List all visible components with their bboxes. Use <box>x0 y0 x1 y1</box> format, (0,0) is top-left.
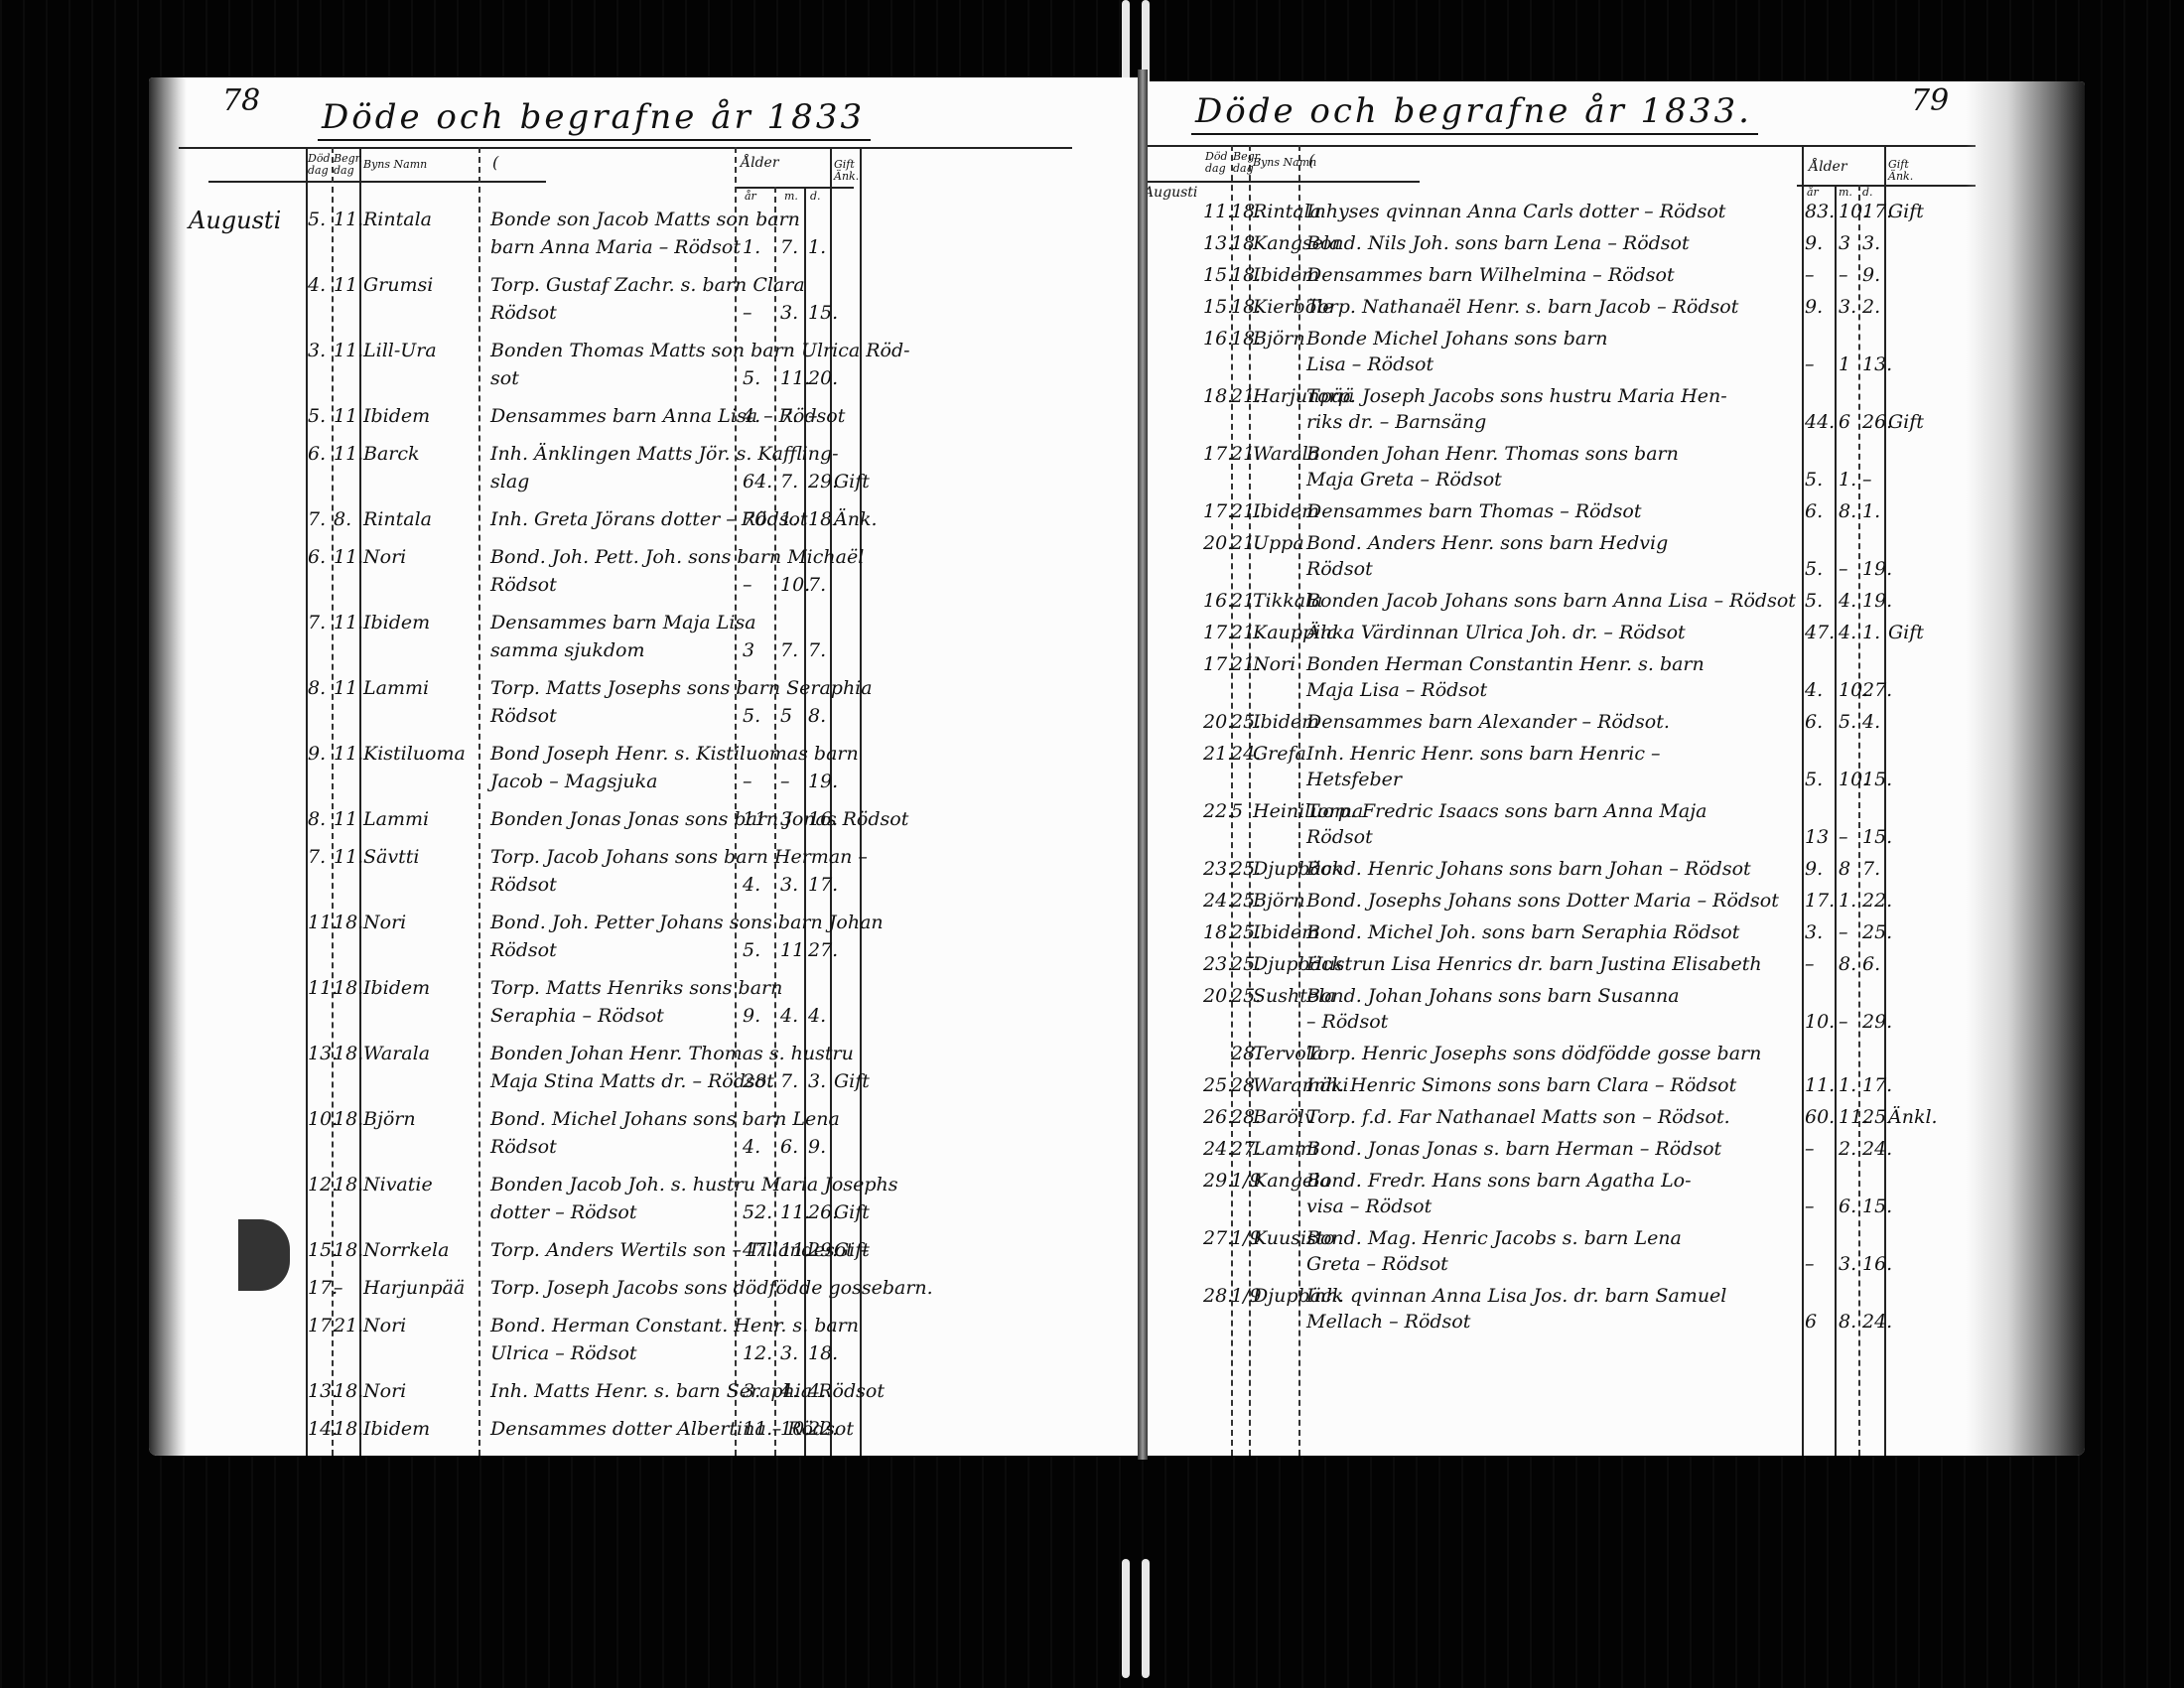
age-years: 6. <box>1805 711 1823 733</box>
death-day: 20. <box>1203 711 1233 733</box>
age-years: 5. <box>1805 558 1823 580</box>
age-days: 8. <box>808 705 826 727</box>
death-day: 7. <box>308 508 326 530</box>
age-months: 3 <box>780 808 792 830</box>
age-months: 8 <box>1839 858 1850 880</box>
burial-day: 11. <box>334 612 363 633</box>
village-name: Lammi <box>363 808 429 830</box>
village-name: Lammi <box>363 677 429 699</box>
header-death-day: Död dag <box>308 153 332 177</box>
age-months: 8. <box>1839 1311 1856 1333</box>
age-years: 10. <box>1805 1011 1835 1033</box>
death-day: 8. <box>308 677 326 699</box>
civil-status: Gift <box>1888 411 1924 433</box>
age-years: – <box>1805 1253 1815 1275</box>
village-name: Björn <box>1253 328 1305 350</box>
age-months: 7. <box>780 405 798 427</box>
village-name: Lill-Ura <box>363 340 437 361</box>
civil-status: Gift <box>834 1239 870 1261</box>
age-days: 19. <box>1862 558 1892 580</box>
entry-description-continued: Rödsot <box>1306 826 1373 848</box>
burial-day: 18. <box>334 977 363 999</box>
age-months: 11. <box>780 1239 810 1261</box>
age-months: 7. <box>780 639 798 661</box>
age-header-rule <box>735 187 854 189</box>
civil-status: Änkl. <box>1888 1106 1938 1128</box>
age-years: 17. <box>1805 890 1835 912</box>
header-age: Ålder <box>741 157 779 169</box>
entry-description: Bonden Jacob Johans sons barn Anna Lisa … <box>1306 590 1796 612</box>
burial-day: 18. <box>334 1108 363 1130</box>
entry-description: Torp. Gustaf Zachr. s. barn Clara <box>490 274 805 296</box>
header-village: Byns Namn <box>1253 157 1316 169</box>
register-entry: 6.11.BarckInh. Änklingen Matts Jör. s. K… <box>149 443 903 498</box>
civil-status: Gift <box>834 471 870 492</box>
register-entry: 4.11GrumsiTorp. Gustaf Zachr. s. barn Cl… <box>149 274 903 330</box>
register-entry: 11.18.RintalaInhyses qvinnan Anna Carls … <box>1142 201 1976 226</box>
entry-description-continued: Jacob – Magsjuka <box>490 771 657 792</box>
entry-description-continued: Rödsot <box>490 302 557 324</box>
register-entry: 24.25.BjörnBond. Josephs Johans sons Dot… <box>1142 890 1976 915</box>
civil-status: Gift <box>1888 201 1924 222</box>
village-name: Sävtti <box>363 846 419 868</box>
entry-description: Bond. Jonas Jonas s. barn Herman – Rödso… <box>1306 1138 1721 1160</box>
register-entry: 22.5HeiniluomaTorp. Fredric Isaacs sons … <box>1142 800 1976 852</box>
entry-description: Bonde Michel Johans sons barn <box>1306 328 1608 350</box>
burial-day: 18. <box>334 1380 363 1402</box>
age-months: 3. <box>1839 296 1856 318</box>
entry-description: Inh. Änklingen Matts Jör. s. Kaffling- <box>490 443 839 465</box>
age-months: 6 <box>1839 411 1850 433</box>
header-description: ( <box>492 157 498 169</box>
age-years: – <box>743 302 752 324</box>
age-months: 1. <box>780 508 798 530</box>
village-name: Nori <box>363 546 406 568</box>
age-years: 4. <box>743 874 760 896</box>
burial-day: – <box>334 1277 343 1299</box>
entry-description: Torp. Jacob Johans sons barn Herman – <box>490 846 868 868</box>
village-name: Grefa <box>1253 743 1306 765</box>
entry-description: Inh. Henric Simons sons barn Clara – Röd… <box>1306 1074 1736 1096</box>
age-days: 4. <box>808 1380 826 1402</box>
register-entry: 9.11.KistiluomaBond Joseph Henr. s. Kist… <box>149 743 903 798</box>
header-age-months: m. <box>784 191 798 203</box>
age-years: 64. <box>743 471 772 492</box>
entry-description: Bond Joseph Henr. s. Kistiluomas barn <box>490 743 859 765</box>
entry-description-continued: Maja Greta – Rödsot <box>1306 469 1502 491</box>
death-day: 13. <box>1203 232 1233 254</box>
age-months: 4. <box>780 1005 798 1027</box>
entry-description-continued: Rödsot <box>490 574 557 596</box>
age-years: 3. <box>743 1380 760 1402</box>
age-days: 27. <box>1862 679 1892 701</box>
register-entry: 23.25.DjupbäckBond. Henric Johans sons b… <box>1142 858 1976 884</box>
age-days: 15. <box>808 302 838 324</box>
age-years: 28. <box>743 1070 772 1092</box>
register-entry: 18.25.IbidemBond. Michel Joh. sons barn … <box>1142 921 1976 947</box>
age-days: 22. <box>1862 890 1892 912</box>
header-age-days: d. <box>810 191 821 203</box>
age-years: 83. <box>1805 201 1835 222</box>
age-months: 7. <box>780 471 798 492</box>
register-entry: 17.21.NoriBond. Herman Constant. Henr. s… <box>149 1315 903 1370</box>
book-spine <box>1138 70 1148 1460</box>
age-months: 11. <box>780 1201 810 1223</box>
village-name: Nori <box>363 1315 406 1336</box>
register-entry: 17.21.WaralaBonden Johan Henr. Thomas so… <box>1142 443 1976 494</box>
age-days: 15. <box>1862 1196 1892 1217</box>
death-day: 9. <box>308 743 326 765</box>
entry-description: Änka Värdinnan Ulrica Joh. dr. – Rödsot <box>1306 622 1686 643</box>
death-day: 4. <box>308 274 326 296</box>
entry-description: Torp. Matts Henriks sons barn <box>490 977 782 999</box>
age-years: 5. <box>743 705 760 727</box>
entry-description-continued: barn Anna Maria – Rödsot <box>490 236 741 258</box>
binding-clip-bottom-left <box>1122 1559 1130 1678</box>
entry-description-continued: Seraphia – Rödsot <box>490 1005 664 1027</box>
age-header-rule <box>1797 185 1976 187</box>
entry-description: Bond. Johan Johans sons barn Susanna <box>1306 985 1680 1007</box>
death-day: 26. <box>1203 1106 1233 1128</box>
age-years: 60. <box>1805 1106 1835 1128</box>
burial-day: 11 <box>334 677 357 699</box>
village-name: Kistiluoma <box>363 743 466 765</box>
age-years: 6 <box>1805 1311 1817 1333</box>
folio-number: 78 <box>222 83 260 118</box>
age-years: 4. <box>743 405 760 427</box>
age-months: – <box>1839 1011 1848 1033</box>
village-name: Nivatie <box>363 1174 433 1196</box>
entry-description: Bond. Fredr. Hans sons barn Agatha Lo- <box>1306 1170 1692 1192</box>
death-day: 20. <box>1203 985 1233 1007</box>
register-entry: 8.11LammiBonden Jonas Jonas sons barn Jo… <box>149 808 903 836</box>
age-months: 5 <box>780 705 792 727</box>
entry-description: Torp. Henric Josephs sons dödfödde gosse… <box>1306 1043 1761 1064</box>
burial-day: 11. <box>334 443 363 465</box>
age-days: 19. <box>808 771 838 792</box>
age-months: 4. <box>1839 590 1856 612</box>
age-days: 27. <box>808 939 838 961</box>
age-years: 11. <box>743 1418 772 1440</box>
entry-description: Inhyses qvinnan Anna Carls dotter – Röds… <box>1306 201 1725 222</box>
age-months: 1. <box>1839 469 1856 491</box>
burial-day: 11 <box>334 808 357 830</box>
age-days: 9. <box>1862 264 1880 286</box>
header-age-years: år <box>745 191 756 203</box>
age-days: 4. <box>808 1005 826 1027</box>
age-years: 9. <box>1805 858 1823 880</box>
village-name: Nori <box>363 1380 406 1402</box>
entry-description: Bond. Henric Johans sons barn Johan – Rö… <box>1306 858 1751 880</box>
entry-description-continued: dotter – Rödsot <box>490 1201 637 1223</box>
entry-description-continued: Rödsot <box>490 874 557 896</box>
age-years: 5. <box>1805 769 1823 790</box>
header-bottom-rule <box>1142 181 1420 183</box>
header-bottom-rule <box>208 181 546 183</box>
entry-description-continued: slag <box>490 471 529 492</box>
entry-description: Bonden Johan Henr. Thomas sons barn <box>1306 443 1679 465</box>
entry-description: Inh. Henric Henr. sons barn Henric – <box>1306 743 1661 765</box>
age-days: 9. <box>808 1136 826 1158</box>
death-day: 24. <box>1203 890 1233 912</box>
age-days: 16. <box>1862 1253 1892 1275</box>
entry-description: Bond. Herman Constant. Henr. s. barn <box>490 1315 859 1336</box>
age-months: 8. <box>1839 500 1856 522</box>
entry-description: Bond. Josephs Johans sons Dotter Maria –… <box>1306 890 1779 912</box>
age-months: – <box>1839 921 1848 943</box>
header-top-rule <box>1142 145 1976 147</box>
death-day: 6. <box>308 443 326 465</box>
death-day: 3. <box>308 340 326 361</box>
left-page: 78 Döde och begrafne år 1833 Död dag Beg… <box>149 77 1142 1456</box>
age-years: 47. <box>1805 622 1835 643</box>
register-entry: 13.18KangselaBond. Nils Joh. sons barn L… <box>1142 232 1976 258</box>
village-name: Uppa <box>1253 532 1304 554</box>
entry-description-continued: Hetsfeber <box>1306 769 1402 790</box>
entry-description: Bonden Jonas Jonas sons barn Jonas Rödso… <box>490 808 908 830</box>
register-entry: 17.21.KauppilaÄnka Värdinnan Ulrica Joh.… <box>1142 622 1976 647</box>
age-years: 1. <box>743 236 760 258</box>
entry-description-continued: Rödsot <box>490 939 557 961</box>
village-name: Ibidem <box>363 977 430 999</box>
age-days: 2. <box>1862 296 1880 318</box>
entry-description: Densammes barn Alexander – Rödsot. <box>1306 711 1670 733</box>
age-days: 17. <box>808 874 838 896</box>
register-entry: 7.8.RintalaInh. Greta Jörans dotter – Rö… <box>149 508 903 536</box>
burial-day: 18. <box>334 912 363 933</box>
register-entry: 16.21.TikkalaBonden Jacob Johans sons ba… <box>1142 590 1976 616</box>
village-name: Rintala <box>363 209 432 230</box>
register-entry: 10.18.BjörnBond. Michel Johans sons barn… <box>149 1108 903 1164</box>
age-years: 13 <box>1805 826 1829 848</box>
age-months: 4. <box>780 1380 798 1402</box>
register-entry: 15.18.KierböleTorp. Nathanaël Henr. s. b… <box>1142 296 1976 322</box>
age-days: 15. <box>1862 769 1892 790</box>
death-day: 8. <box>308 808 326 830</box>
death-day: 17. <box>1203 622 1233 643</box>
age-years: – <box>1805 953 1815 975</box>
entry-description: Bond. Anders Henr. sons barn Hedvig <box>1306 532 1668 554</box>
age-days: 7. <box>808 574 826 596</box>
age-days: 1. <box>808 236 826 258</box>
entry-description: Inh. qvinnan Anna Lisa Jos. dr. barn Sam… <box>1306 1285 1726 1307</box>
register-entry: 14.18.IbidemDensammes dotter Albertina –… <box>149 1418 903 1446</box>
age-days: 3. <box>808 1070 826 1092</box>
header-death-day: Död dag <box>1205 151 1229 175</box>
age-months: – <box>1839 558 1848 580</box>
civil-status: Gift <box>834 1201 870 1223</box>
register-entry: 20.25.SushtelaBond. Johan Johans sons ba… <box>1142 985 1976 1037</box>
entry-description: Bonden Jacob Joh. s. hustru Maria Joseph… <box>490 1174 897 1196</box>
age-years: 44. <box>1805 411 1835 433</box>
register-entry: 23.25.DjupbäckHustrun Lisa Henrics dr. b… <box>1142 953 1976 979</box>
death-day: 23. <box>1203 953 1233 975</box>
age-years: – <box>1805 353 1815 375</box>
death-day: 6. <box>308 546 326 568</box>
age-days: 22. <box>808 1418 838 1440</box>
age-days: 7. <box>808 639 826 661</box>
register-entry: 13.18.WaralaBonden Johan Henr. Thomas s.… <box>149 1043 903 1098</box>
register-entry: 13.18.NoriInh. Matts Henr. s. barn Serap… <box>149 1380 903 1408</box>
age-years: 12. <box>743 1342 772 1364</box>
entry-description: Bonden Thomas Matts son barn Ulrica Röd- <box>490 340 910 361</box>
entry-description-continued: samma sjukdom <box>490 639 645 661</box>
register-entry: 21.24.GrefaInh. Henric Henr. sons barn H… <box>1142 743 1976 794</box>
entry-description-continued: sot <box>490 367 519 389</box>
burial-day: 11 <box>334 274 357 296</box>
entry-description: Bonden Johan Henr. Thomas s. hustru <box>490 1043 854 1064</box>
civil-status: Gift <box>1888 622 1924 643</box>
age-years: 6. <box>1805 500 1823 522</box>
entry-description: Torp. Nathanaël Henr. s. barn Jacob – Rö… <box>1306 296 1738 318</box>
age-years: 5. <box>1805 590 1823 612</box>
age-days: 4. <box>1862 711 1880 733</box>
age-months: – <box>1839 826 1848 848</box>
entry-description: Bond. Joh. Pett. Joh. sons barn Michaël <box>490 546 864 568</box>
death-day: 18. <box>1203 921 1233 943</box>
entry-description: Bond. Michel Johans sons barn Lena <box>490 1108 840 1130</box>
header-burial-day: Begr. dag <box>334 153 359 177</box>
age-months: 7. <box>780 236 798 258</box>
age-days: – <box>1862 469 1872 491</box>
age-years: 3 <box>743 639 754 661</box>
header-description: ( <box>1308 155 1314 167</box>
village-name: Ibidem <box>363 405 430 427</box>
death-day: 22. <box>1203 800 1233 822</box>
page-title: Döde och begrafne år 1833. <box>1191 91 1758 135</box>
entry-description: Densammes barn Maja Lisa <box>490 612 756 633</box>
village-name: Norrkela <box>363 1239 449 1261</box>
burial-day: 11. <box>334 209 363 230</box>
burial-day: 18 <box>1231 232 1255 254</box>
entry-description: Densammes barn Wilhelmina – Rödsot <box>1306 264 1675 286</box>
age-months: 11. <box>780 367 810 389</box>
burial-day: 11. <box>334 546 363 568</box>
right-page: 79 Döde och begrafne år 1833. Död dag Be… <box>1142 81 2085 1456</box>
death-day: 5. <box>308 209 326 230</box>
header-age-months: m. <box>1839 187 1852 199</box>
entry-description: Bond. Michel Joh. sons barn Seraphia Röd… <box>1306 921 1739 943</box>
entry-description: Hustrun Lisa Henrics dr. barn Justina El… <box>1306 953 1762 975</box>
age-months: 1. <box>1839 1074 1856 1096</box>
age-years: 5. <box>743 367 760 389</box>
death-day: 15. <box>1203 296 1233 318</box>
age-years: 9. <box>1805 296 1823 318</box>
death-day: 11. <box>1203 201 1233 222</box>
age-years: 5. <box>1805 469 1823 491</box>
register-entry: 16.18.BjörnBonde Michel Johans sons barn… <box>1142 328 1976 379</box>
age-months: 3. <box>780 1342 798 1364</box>
death-day: 17. <box>1203 500 1233 522</box>
burial-day: 18. <box>334 1239 363 1261</box>
age-years: – <box>743 771 752 792</box>
age-months: 6. <box>780 1136 798 1158</box>
age-months: 3. <box>780 302 798 324</box>
age-months: 3. <box>1839 1253 1856 1275</box>
register-entry: 17.21.NoriBonden Herman Constantin Henr.… <box>1142 653 1976 705</box>
age-days: 17. <box>1862 1074 1892 1096</box>
register-entry: 18.21.HarjunpääTorp. Joseph Jacobs sons … <box>1142 385 1976 437</box>
death-day: 17. <box>1203 653 1233 675</box>
age-days: 3. <box>1862 232 1880 254</box>
entry-description: Torp. Matts Josephs sons barn Seraphia <box>490 677 873 699</box>
entry-description-continued: Maja Stina Matts dr. – Rödsot <box>490 1070 774 1092</box>
age-days: 6. <box>1862 953 1880 975</box>
age-months: 10. <box>780 1418 810 1440</box>
entry-description: Bond. Nils Joh. sons barn Lena – Rödsot <box>1306 232 1690 254</box>
age-days: 1. <box>1862 500 1880 522</box>
age-years: 9. <box>1805 232 1823 254</box>
death-day: 24. <box>1203 1138 1233 1160</box>
register-entry: 5.11.RintalaBonde son Jacob Matts son ba… <box>149 209 903 264</box>
age-months: 6. <box>1839 1196 1856 1217</box>
village-name: Nori <box>1253 653 1296 675</box>
entry-description-continued: Mellach – Rödsot <box>1306 1311 1470 1333</box>
entry-description-continued: Rödsot <box>490 1136 557 1158</box>
age-years: 3. <box>1805 921 1823 943</box>
village-name: Grumsi <box>363 274 433 296</box>
village-name: Barck <box>363 443 420 465</box>
village-name: Björn <box>1253 890 1305 912</box>
register-entry: 15.18.IbidemDensammes barn Wilhelmina – … <box>1142 264 1976 290</box>
age-days: 16. <box>808 808 838 830</box>
civil-status: Änk. <box>834 508 878 530</box>
age-months: – <box>780 771 790 792</box>
register-entry: 25.28.WaramäkiInh. Henric Simons sons ba… <box>1142 1074 1976 1100</box>
village-name: Ibidem <box>363 612 430 633</box>
death-day: 7. <box>308 612 326 633</box>
burial-day: 18. <box>334 1418 363 1440</box>
burial-day: 8. <box>334 508 351 530</box>
entry-description: Bonde son Jacob Matts son barn <box>490 209 800 230</box>
village-name: Björn <box>363 1108 416 1130</box>
header-civil-status: Gift Änk. <box>1888 159 1918 183</box>
entry-description-continued: Maja Lisa – Rödsot <box>1306 679 1487 701</box>
age-months: – <box>1839 264 1848 286</box>
death-day: 21. <box>1203 743 1233 765</box>
age-days: 24. <box>1862 1138 1892 1160</box>
age-years: 11. <box>1805 1074 1835 1096</box>
burial-day: 18. <box>334 1174 363 1196</box>
header-top-rule <box>179 147 1072 149</box>
register-entry: 29.1/9KangelaBond. Fredr. Hans sons barn… <box>1142 1170 1976 1221</box>
header-village: Byns Namn <box>363 159 427 171</box>
village-name: Warala <box>363 1043 430 1064</box>
age-months: 8. <box>1839 953 1856 975</box>
age-days: 13. <box>1862 353 1892 375</box>
burial-day: 11. <box>334 340 363 361</box>
entry-description-continued: riks dr. – Barnsäng <box>1306 411 1486 433</box>
age-months: 3. <box>780 874 798 896</box>
age-years: 9. <box>743 1005 760 1027</box>
header-civil-status: Gift Änk. <box>834 159 858 183</box>
age-years: 4. <box>743 1136 760 1158</box>
entry-description: Bond. Mag. Henric Jacobs s. barn Lena <box>1306 1227 1682 1249</box>
register-entry: 20.25.IbidemDensammes barn Alexander – R… <box>1142 711 1976 737</box>
age-days: 18. <box>808 1342 838 1364</box>
register-entry: 11.18.NoriBond. Joh. Petter Johans sons … <box>149 912 903 967</box>
village-name: Rintala <box>363 508 432 530</box>
register-entry: 28.1/9DjupbäckInh. qvinnan Anna Lisa Jos… <box>1142 1285 1976 1336</box>
death-day: 20. <box>1203 532 1233 554</box>
register-entry: 6.11.NoriBond. Joh. Pett. Joh. sons barn… <box>149 546 903 602</box>
village-name: Nori <box>363 912 406 933</box>
entry-description-continued: visa – Rödsot <box>1306 1196 1432 1217</box>
death-day: 23. <box>1203 858 1233 880</box>
age-months: 2. <box>1839 1138 1856 1160</box>
age-years: 70. <box>743 508 772 530</box>
register-entry: 20.21.UppaBond. Anders Henr. sons barn H… <box>1142 532 1976 584</box>
